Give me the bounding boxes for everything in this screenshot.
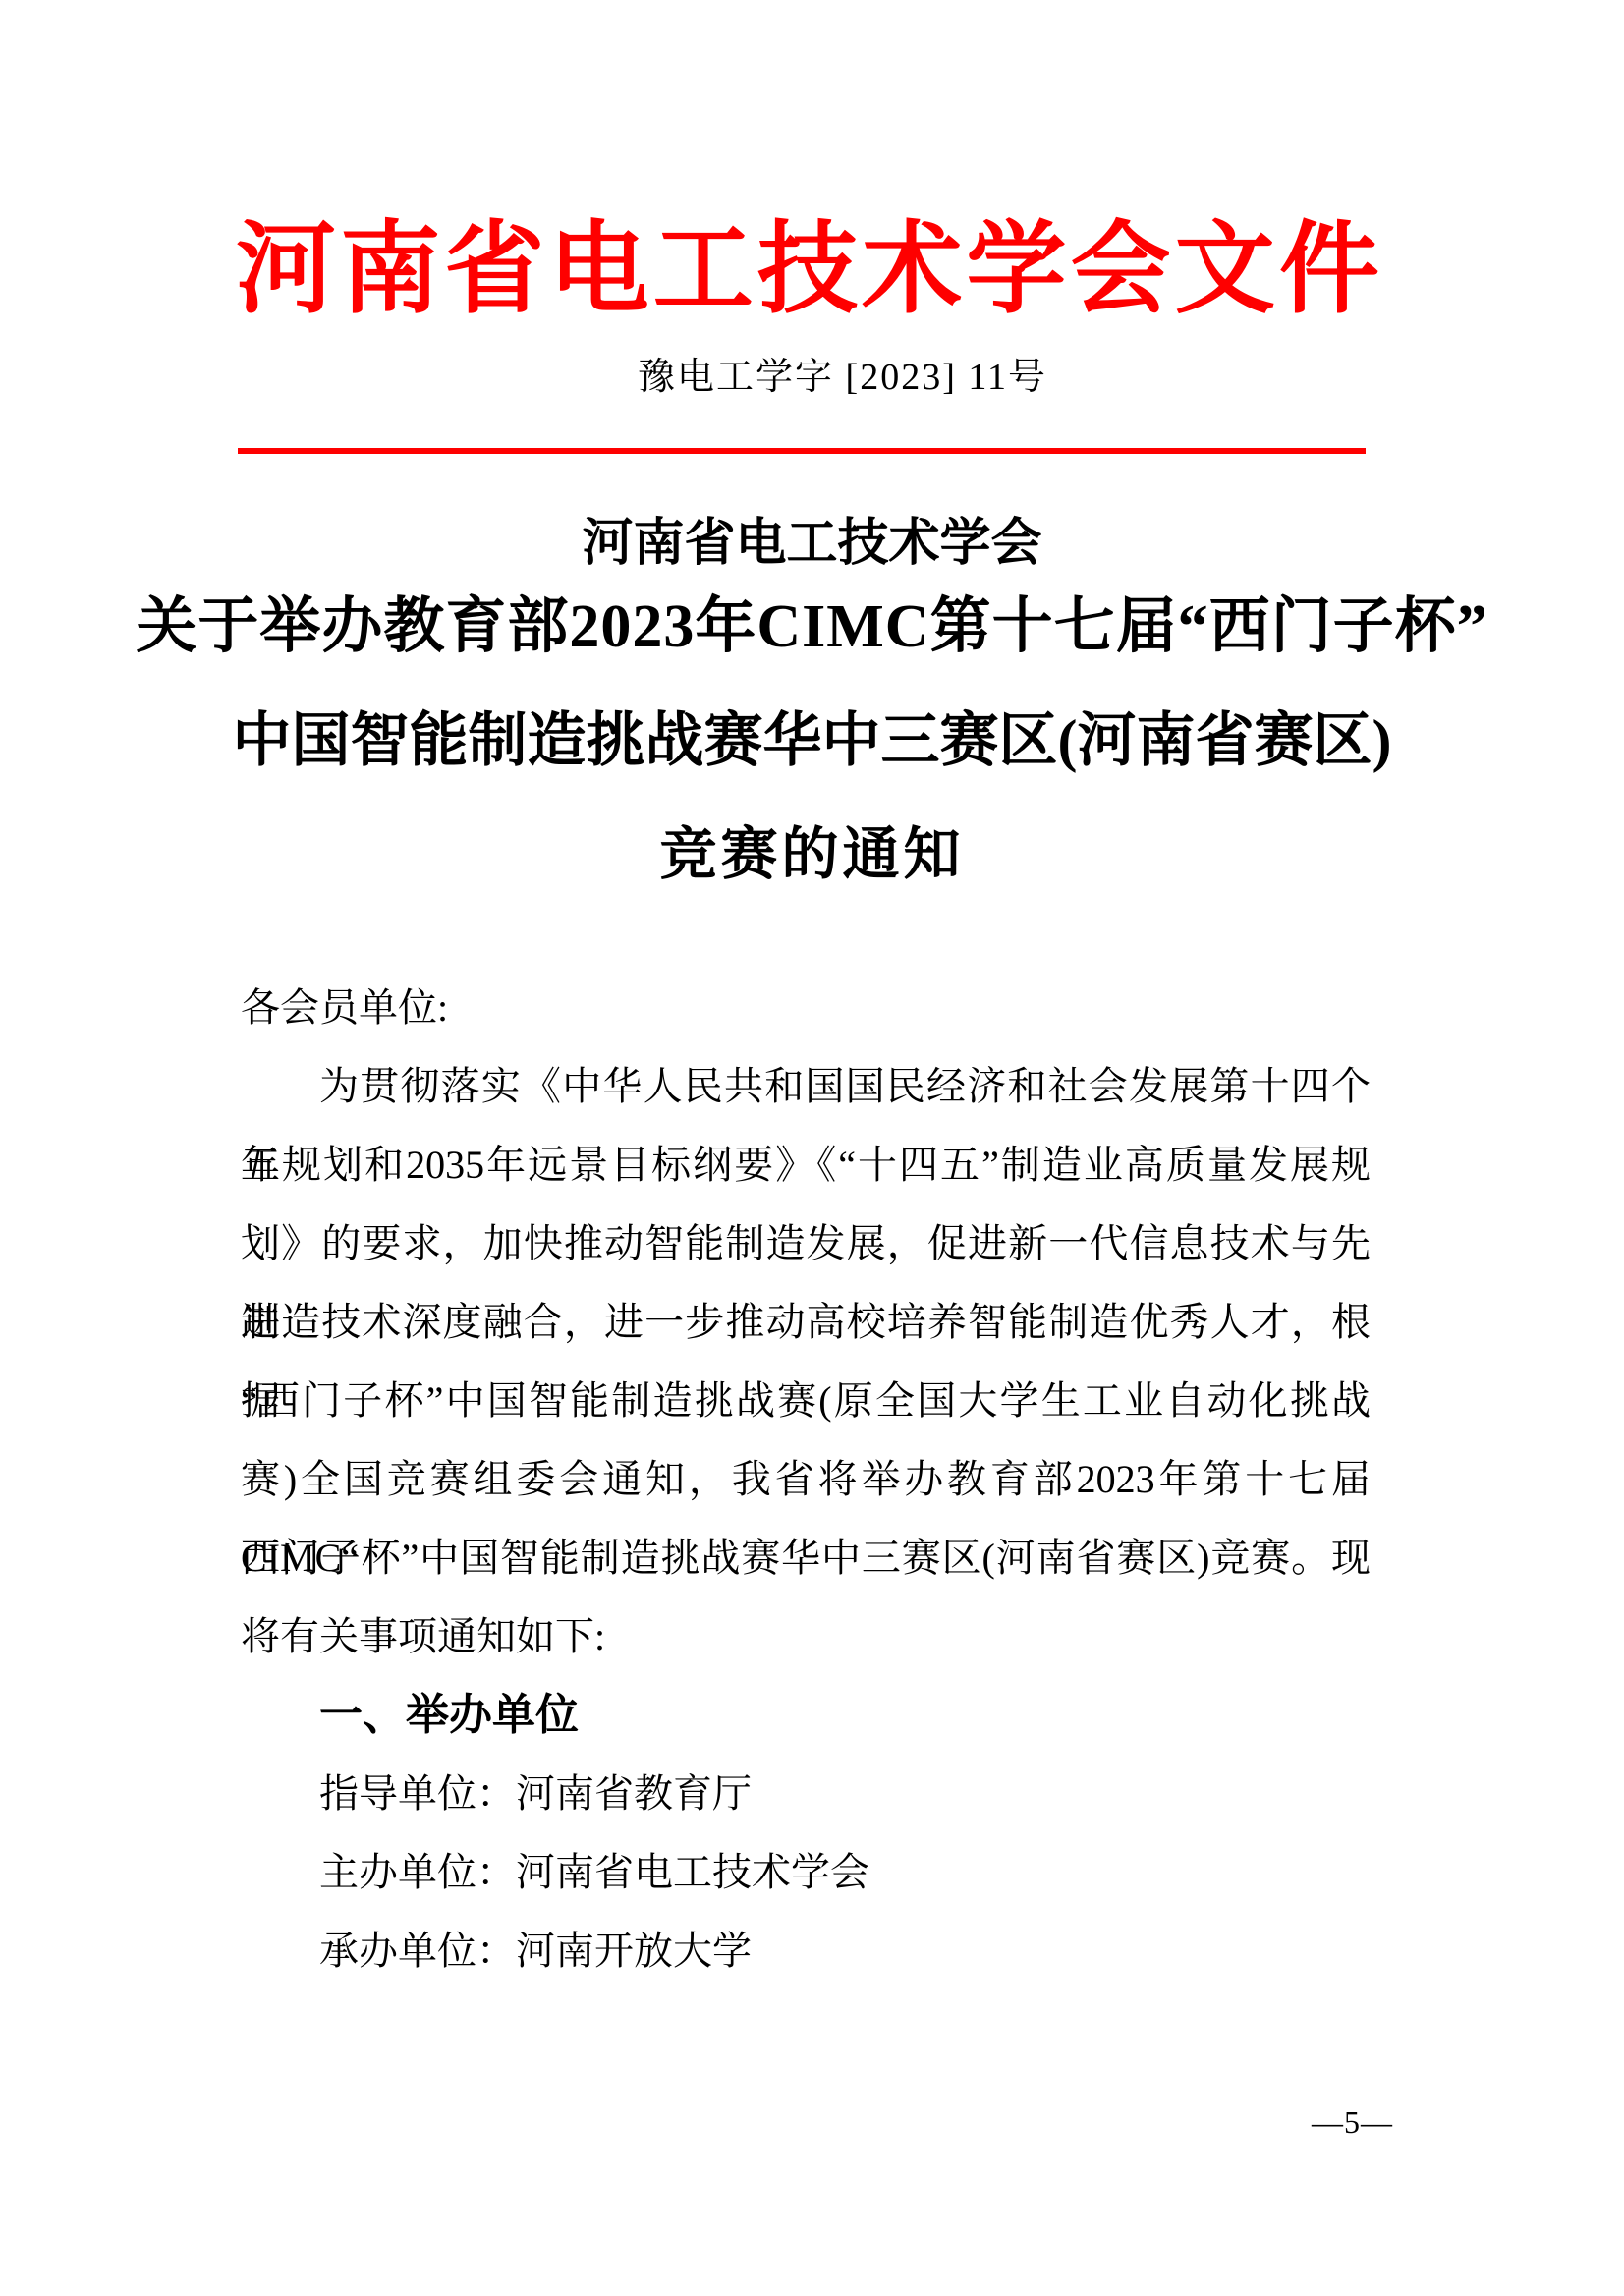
paragraph-line: 将有关事项通知如下: — [241, 1597, 1371, 1676]
organizer-list: 指导单位：河南省教育厅主办单位：河南省电工技术学会承办单位：河南开放大学 — [241, 1755, 1371, 1990]
notice-paragraph: 为贯彻落实《中华人民共和国国民经济和社会发展第十四个五年规划和2035年远景目标… — [241, 1047, 1371, 1676]
salutation: 各会员单位: — [241, 969, 1371, 1047]
organizer-line: 承办单位：河南开放大学 — [241, 1912, 1371, 1990]
page-number: —5— — [1312, 2102, 1393, 2142]
organizer-line: 主办单位：河南省电工技术学会 — [241, 1833, 1371, 1912]
organizer-line: 指导单位：河南省教育厅 — [241, 1755, 1371, 1833]
section-heading-organizers: 一、举办单位 — [241, 1676, 1371, 1755]
document-page: 河南省电工技术学会文件 豫电工学字 [2023] 11号 河南省电工技术学会 关… — [0, 0, 1624, 2296]
paragraph-line: “西门子杯”中国智能制造挑战赛(原全国大学生工业自动化挑战 — [241, 1362, 1371, 1440]
paragraph-line: 赛)全国竞赛组委会通知，我省将举办教育部2023年第十七届CIMC“ — [241, 1440, 1371, 1519]
notice-title-line-4: 竞赛的通知 — [0, 819, 1624, 890]
notice-title-line-2: 关于举办教育部2023年CIMC第十七届“西门子杯” — [0, 589, 1624, 664]
notice-title-line-1: 河南省电工技术学会 — [0, 513, 1624, 576]
paragraph-line: 划》的要求，加快推动智能制造发展，促进新一代信息技术与先进 — [241, 1204, 1371, 1283]
document-number: 豫电工学字 [2023] 11号 — [0, 352, 1624, 403]
paragraph-line: 制造技术深度融合，进一步推动高校培养智能制造优秀人才，根据 — [241, 1283, 1371, 1362]
letterhead-divider-line — [238, 448, 1366, 454]
notice-body: 各会员单位: 为贯彻落实《中华人民共和国国民经济和社会发展第十四个五年规划和20… — [241, 969, 1371, 1990]
paragraph-line: 为贯彻落实《中华人民共和国国民经济和社会发展第十四个五 — [241, 1047, 1371, 1126]
notice-title-line-3: 中国智能制造挑战赛华中三赛区(河南省赛区) — [0, 703, 1624, 778]
paragraph-line: 西门子杯”中国智能制造挑战赛华中三赛区(河南省赛区)竞赛。现 — [241, 1519, 1371, 1597]
letterhead-title: 河南省电工技术学会文件 — [236, 214, 1379, 328]
paragraph-line: 年规划和2035年远景目标纲要》《“十四五”制造业高质量发展规 — [241, 1126, 1371, 1204]
